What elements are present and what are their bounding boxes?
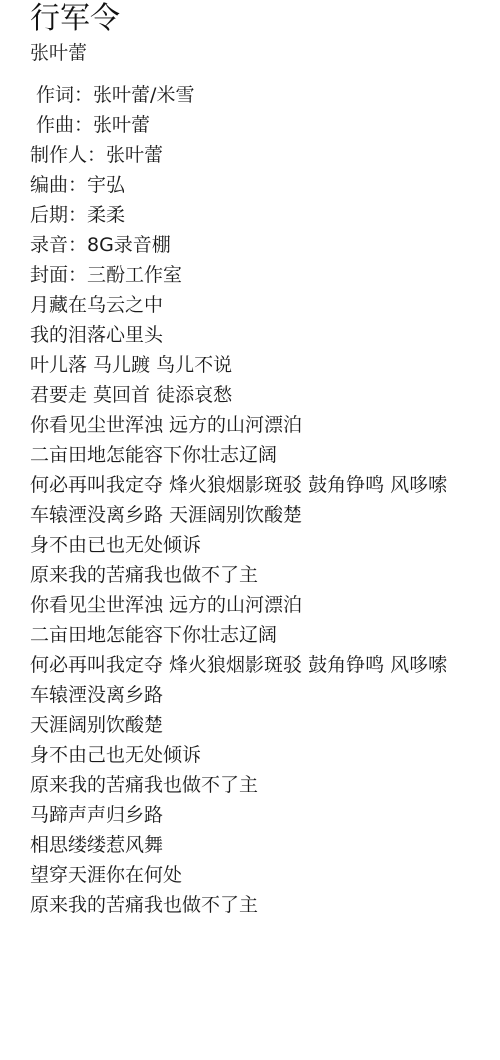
lyrics-body: 作词：张叶蕾/米雪 作曲：张叶蕾 制作人：张叶蕾 编曲：宇弘 后期：柔柔 录音：… xyxy=(30,80,500,920)
lyric-line: 你看见尘世浑浊 远方的山河漂泊 xyxy=(30,590,500,620)
lyric-line: 原来我的苦痛我也做不了主 xyxy=(30,560,500,590)
lyric-line: 原来我的苦痛我也做不了主 xyxy=(30,770,500,800)
lyrics-page: 行军令 张叶蕾 作词：张叶蕾/米雪 作曲：张叶蕾 制作人：张叶蕾 编曲：宇弘 后… xyxy=(0,0,500,920)
lyric-line: 相思缕缕惹风舞 xyxy=(30,830,500,860)
lyric-line: 我的泪落心里头 xyxy=(30,320,500,350)
credit-composer: 作曲：张叶蕾 xyxy=(30,110,500,140)
credit-lyricist: 作词：张叶蕾/米雪 xyxy=(30,80,500,110)
lyric-line: 天涯阔别饮酸楚 xyxy=(30,710,500,740)
lyric-line: 车辕湮没离乡路 天涯阔别饮酸楚 xyxy=(30,500,500,530)
lyric-line: 二亩田地怎能容下你壮志辽阔 xyxy=(30,440,500,470)
lyric-line: 何必再叫我定夺 烽火狼烟影斑驳 鼓角铮鸣 风哆嗦 xyxy=(30,650,500,680)
lyric-line: 车辕湮没离乡路 xyxy=(30,680,500,710)
credit-arranger: 编曲：宇弘 xyxy=(30,170,500,200)
lyric-line: 身不由已也无处倾诉 xyxy=(30,530,500,560)
artist-name: 张叶蕾 xyxy=(30,40,500,66)
lyric-line: 二亩田地怎能容下你壮志辽阔 xyxy=(30,620,500,650)
lyric-line: 月藏在乌云之中 xyxy=(30,290,500,320)
lyric-line: 望穿天涯你在何处 xyxy=(30,860,500,890)
lyric-line: 君要走 莫回首 徒添哀愁 xyxy=(30,380,500,410)
credit-cover: 封面：三酚工作室 xyxy=(30,260,500,290)
credit-producer: 制作人：张叶蕾 xyxy=(30,140,500,170)
credit-recording: 录音：8G录音棚 xyxy=(30,230,500,260)
credit-post-production: 后期：柔柔 xyxy=(30,200,500,230)
lyric-line: 原来我的苦痛我也做不了主 xyxy=(30,890,500,920)
lyric-line: 你看见尘世浑浊 远方的山河漂泊 xyxy=(30,410,500,440)
lyric-line: 何必再叫我定夺 烽火狼烟影斑驳 鼓角铮鸣 风哆嗦 xyxy=(30,470,500,500)
song-title: 行军令 xyxy=(30,0,500,38)
lyric-line: 叶儿落 马儿踱 鸟儿不说 xyxy=(30,350,500,380)
lyric-line: 马蹄声声归乡路 xyxy=(30,800,500,830)
lyric-line: 身不由己也无处倾诉 xyxy=(30,740,500,770)
